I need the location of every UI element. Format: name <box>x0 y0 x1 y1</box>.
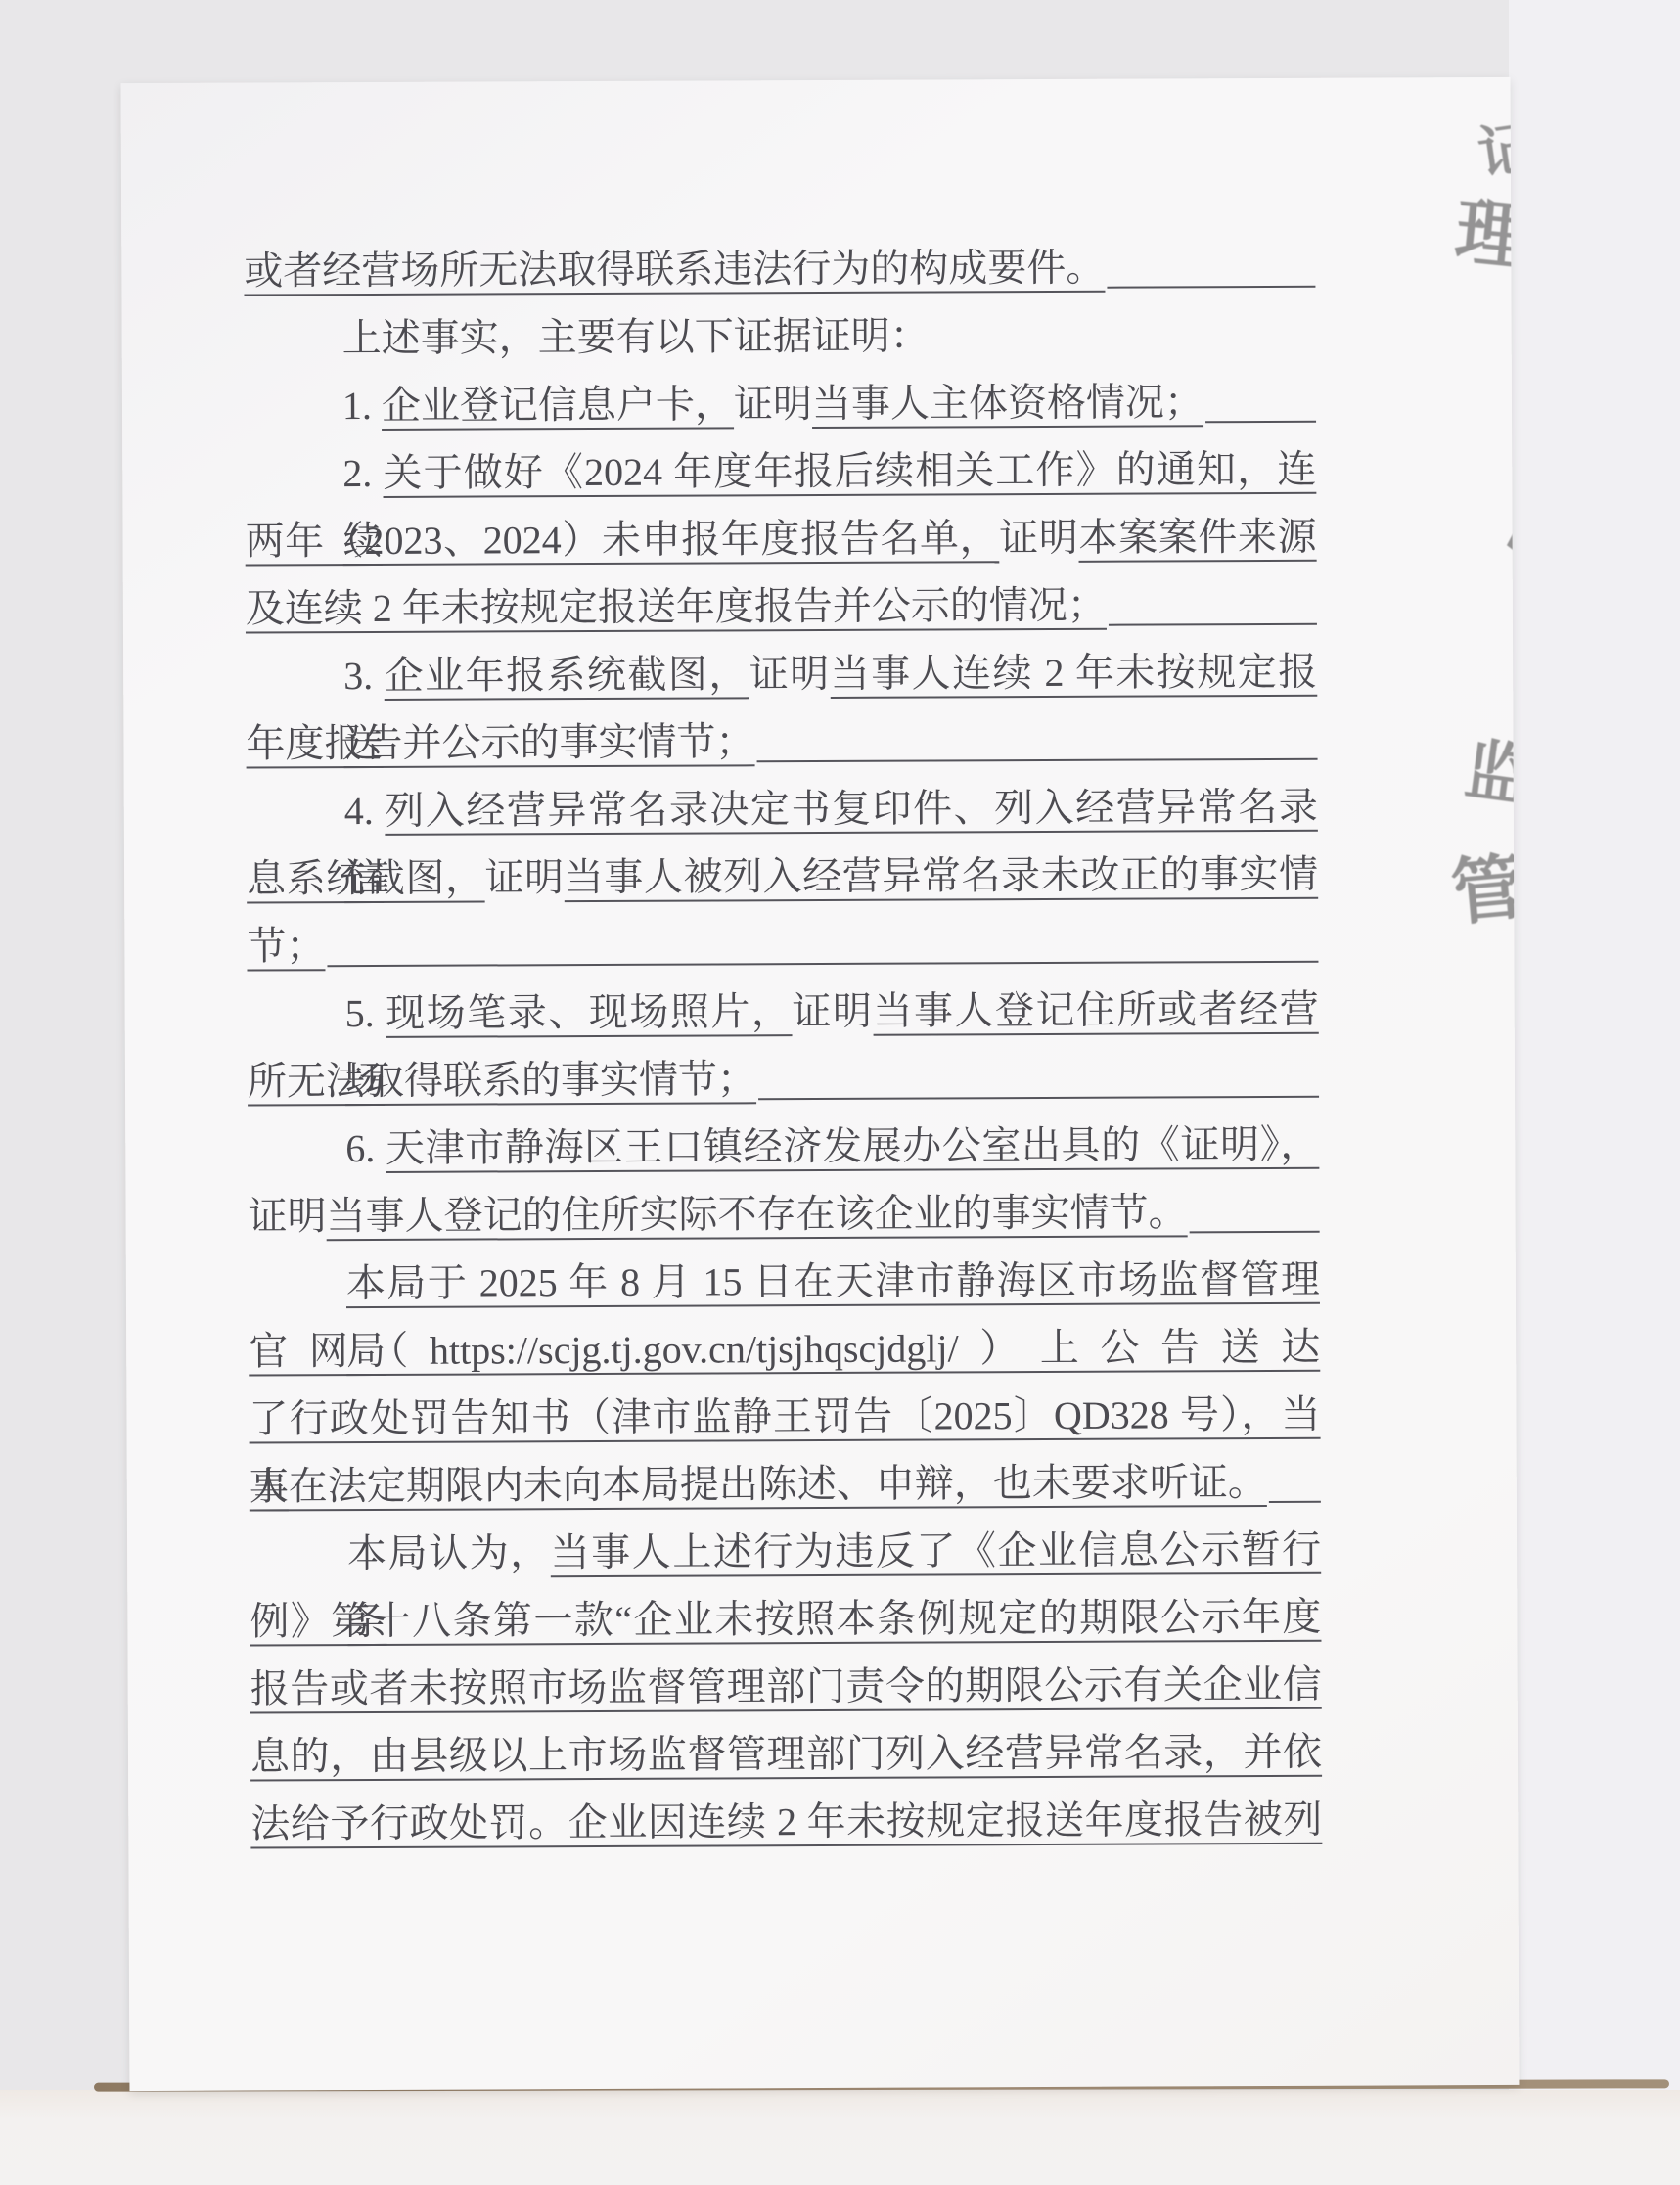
stamp-fragment-icon: 管 <box>1446 830 1519 939</box>
text-segment: 证明 <box>484 855 564 899</box>
underlined-text-segment: 企业登记信息户卡， <box>382 370 734 439</box>
text-line: 3. 企业年报系统截图，证明当事人连续 2 年未按规定报送 <box>246 638 1317 710</box>
text-line: 6. 天津市静海区王口镇经济发展办公室出具的《证明》， <box>248 1111 1319 1183</box>
underlined-text-segment: 当事人登记的住所实际不存在该企业的事实情节。 <box>326 1178 1187 1250</box>
text-line: 节； <box>247 908 1318 980</box>
text-line: 例》第十八条第一款“企业未按照本条例规定的期限公示年度 <box>250 1583 1321 1656</box>
text-segment: 5. <box>345 991 386 1035</box>
text-segment: 6. <box>345 1126 386 1170</box>
underlined-text-segment: 息系统截图， <box>247 855 485 900</box>
background-right-strip <box>1509 0 1680 2091</box>
text-segment: 4. <box>344 789 386 833</box>
stamp-fragment-icon: 〈 <box>1439 458 1520 623</box>
underlined-text-segment: 例》第十八条第一款“企业未按照本条例规定的期限公示年度 <box>250 1595 1321 1644</box>
underlined-text-segment: 法给予行政处罚。企业因连续 2 年未按规定报送年度报告被列 <box>250 1798 1322 1846</box>
text-line: 人在法定期限内未向本局提出陈述、申辩，也未要求听证。 <box>250 1448 1321 1521</box>
text-segment: 1. <box>342 372 382 439</box>
underlined-text-segment: 当事人被列入经营异常名录未改正的事实情 <box>565 852 1319 899</box>
text-line: 上述事实，主要有以下证据证明： <box>245 300 1316 373</box>
underlined-text-segment: 企业年报系统截图， <box>385 652 749 698</box>
text-line: 年度报告并公示的事实情节； <box>246 706 1317 778</box>
text-line: 4. 列入经营异常名录决定书复印件、列入经营异常名录信 <box>247 773 1318 845</box>
trailing-underline <box>327 961 1318 967</box>
text-line: 本局于 2025 年 8 月 15 日在天津市静海区市场监督管理局 <box>249 1246 1320 1318</box>
text-segment: 证明 <box>999 516 1078 560</box>
trailing-underline <box>1109 623 1317 626</box>
text-line: 5. 现场笔录、现场照片，证明当事人登记住所或者经营场 <box>248 976 1319 1048</box>
underlined-text-segment: 两年（2023、2024）未申报年度报告名单， <box>245 516 999 563</box>
text-segment: 证明 <box>734 370 812 437</box>
text-segment: 证明 <box>248 1182 326 1250</box>
underlined-text-segment: 本案案件来源 <box>1078 515 1316 560</box>
desk-surface <box>0 2090 1680 2185</box>
trailing-underline <box>758 1096 1319 1101</box>
text-line: 报告或者未按照市场监督管理部门责令的期限公示有关企业信 <box>250 1651 1322 1723</box>
underlined-text-segment: 息的，由县级以上市场监督管理部门列入经营异常名录，并依 <box>250 1730 1322 1779</box>
underlined-text-segment: 天津市静海区王口镇经济发展办公室出具的《证明》， <box>386 1122 1320 1170</box>
document-text: 或者经营场所无法取得联系违法行为的构成要件。上述事实，主要有以下证据证明：1. … <box>244 233 1322 1858</box>
text-line: 了行政处罚告知书（津市监静王罚告〔2025〕QD328 号），当事 <box>249 1381 1320 1453</box>
text-line: 官网（https://scjg.tj.gov.cn/tjsjhqscjdglj/… <box>249 1313 1320 1386</box>
text-segment: 3. <box>343 654 385 698</box>
trailing-underline <box>757 758 1318 763</box>
stamp-fragment-icon: 监 <box>1460 717 1519 820</box>
text-segment: 2. <box>342 451 383 495</box>
underlined-text-segment: 人在法定期限内未向本局提出陈述、申辩，也未要求听证。 <box>250 1448 1267 1521</box>
text-segment: 证明 <box>792 989 873 1033</box>
trailing-underline <box>1107 286 1315 289</box>
text-segment: 证明 <box>749 652 831 696</box>
trailing-underline <box>1269 1501 1321 1503</box>
trailing-underline <box>1205 421 1316 423</box>
text-segment: 本局认为， <box>347 1530 551 1575</box>
text-line: 本局认为，当事人上述行为违反了《企业信息公示暂行条 <box>250 1516 1321 1588</box>
underlined-text-segment: 年度报告并公示的事实情节； <box>246 707 754 777</box>
text-line: 两年（2023、2024）未申报年度报告名单，证明本案案件来源 <box>245 503 1316 575</box>
underlined-text-segment: 官网（https://scjg.tj.gov.cn/tjsjhqscjdglj/… <box>249 1325 1320 1374</box>
text-line: 2. 关于做好《2024 年度年报后续相关工作》的通知，连续 <box>245 435 1316 508</box>
text-line: 及连续 2 年未按规定报送年度报告并公示的情况； <box>246 570 1317 643</box>
underlined-text-segment: 及连续 2 年未按规定报送年度报告并公示的情况； <box>246 571 1107 643</box>
paper-sheet: 或者经营场所无法取得联系违法行为的构成要件。上述事实，主要有以下证据证明：1. … <box>121 77 1520 2091</box>
underlined-text-segment: 当事人主体资格情况； <box>812 368 1203 437</box>
text-line: 1. 企业登记信息户卡，证明当事人主体资格情况； <box>245 368 1316 440</box>
underlined-text-segment: 或者经营场所无法取得联系违法行为的构成要件。 <box>244 234 1105 305</box>
text-line: 证明当事人登记的住所实际不存在该企业的事实情节。 <box>248 1178 1319 1251</box>
trailing-underline <box>1190 1231 1320 1234</box>
underlined-text-segment: 现场笔录、现场照片， <box>386 989 792 1035</box>
text-line: 或者经营场所无法取得联系违法行为的构成要件。 <box>244 233 1315 305</box>
text-line: 法给予行政处罚。企业因连续 2 年未按规定报送年度报告被列 <box>250 1786 1322 1858</box>
text-line: 息系统截图，证明当事人被列入经营异常名录未改正的事实情 <box>247 841 1318 913</box>
stamp-fragment-icon: 理 <box>1451 171 1520 285</box>
underlined-text-segment: 报告或者未按照市场监督管理部门责令的期限公示有关企业信 <box>250 1662 1322 1711</box>
text-line: 所无法取得联系的事实情节； <box>248 1043 1319 1115</box>
underlined-text-segment: 所无法取得联系的事实情节； <box>248 1045 756 1115</box>
text-line: 息的，由县级以上市场监督管理部门列入经营异常名录，并依 <box>250 1718 1322 1791</box>
underlined-text-segment: 节； <box>247 912 325 979</box>
text-segment: 上述事实，主要有以下证据证明： <box>342 302 930 373</box>
